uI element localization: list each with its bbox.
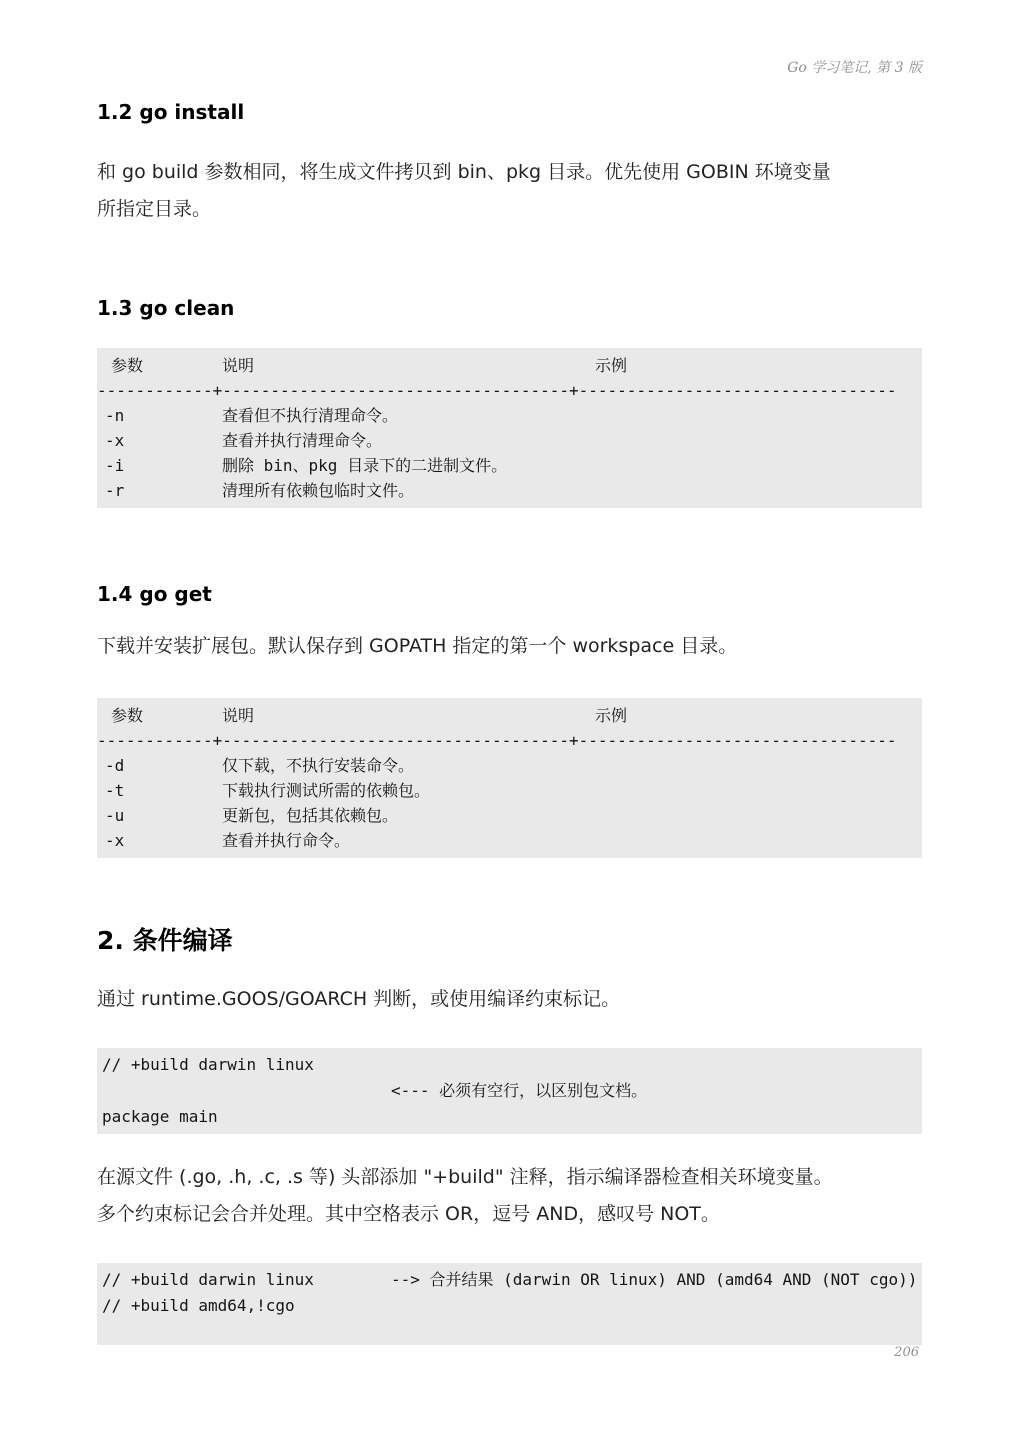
desc-cell: 清理所有依赖包临时文件。 (222, 478, 414, 503)
column-header-desc: 说明 (222, 703, 254, 728)
table-separator: ------------+---------------------------… (97, 378, 922, 403)
paragraph-conditional-compile: 通过 runtime.GOOS/GOARCH 判断，或使用编译约束标记。 (97, 981, 929, 1018)
section-title-conditional-compile: 2. 条件编译 (97, 926, 233, 956)
table-row: -x 查看并执行命令。 (97, 828, 922, 853)
paragraph-go-install: 和 go build 参数相同，将生成文件拷贝到 bin、pkg 目录。优先使用… (97, 154, 929, 228)
param-table-go-get: 参数 说明 示例 ------------+------------------… (97, 698, 922, 858)
table-row: -i 删除 bin、pkg 目录下的二进制文件。 (97, 453, 922, 478)
code-block-build-tag: // +build darwin linux <--- 必须有空行，以区别包文档… (97, 1048, 922, 1134)
param-cell: -r (105, 478, 124, 503)
param-cell: -u (105, 803, 124, 828)
section-title-go-clean: 1.3 go clean (97, 296, 234, 321)
param-cell: -d (105, 753, 124, 778)
param-table-go-clean: 参数 说明 示例 ------------+------------------… (97, 348, 922, 508)
param-cell: -x (105, 828, 124, 853)
desc-cell: 下载执行测试所需的依赖包。 (222, 778, 430, 803)
column-header-desc: 说明 (222, 353, 254, 378)
table-row: -u 更新包，包括其依赖包。 (97, 803, 922, 828)
section-title-go-install: 1.2 go install (97, 100, 244, 125)
desc-cell: 查看并执行命令。 (222, 828, 350, 853)
param-cell: -i (105, 453, 124, 478)
param-cell: -n (105, 403, 124, 428)
column-header-param: 参数 (111, 353, 143, 378)
table-row: -d 仅下载，不执行安装命令。 (97, 753, 922, 778)
desc-cell: 删除 bin、pkg 目录下的二进制文件。 (222, 453, 507, 478)
table-row: -t 下载执行测试所需的依赖包。 (97, 778, 922, 803)
paragraph-go-get: 下载并安装扩展包。默认保存到 GOPATH 指定的第一个 workspace 目… (97, 628, 929, 665)
table-header-row: 参数 说明 示例 (97, 703, 922, 728)
desc-cell: 查看但不执行清理命令。 (222, 403, 398, 428)
running-header: Go 学习笔记, 第 3 版 (787, 58, 922, 78)
desc-cell: 仅下载，不执行安装命令。 (222, 753, 414, 778)
page-number: 206 (894, 1344, 919, 1362)
code-block-build-combine: // +build darwin linux --> 合并结果 (darwin … (97, 1263, 922, 1345)
section-title-go-get: 1.4 go get (97, 582, 212, 607)
table-row: -n 查看但不执行清理命令。 (97, 403, 922, 428)
paragraph-build-constraints: 在源文件 (.go, .h, .c, .s 等) 头部添加 "+build" 注… (97, 1159, 929, 1233)
column-header-example: 示例 (595, 703, 627, 728)
table-header-row: 参数 说明 示例 (97, 353, 922, 378)
param-cell: -t (105, 778, 124, 803)
param-cell: -x (105, 428, 124, 453)
column-header-param: 参数 (111, 703, 143, 728)
table-separator: ------------+---------------------------… (97, 728, 922, 753)
desc-cell: 更新包，包括其依赖包。 (222, 803, 398, 828)
document-page: Go 学习笔记, 第 3 版 1.2 go install 和 go build… (0, 0, 1018, 1440)
column-header-example: 示例 (595, 353, 627, 378)
desc-cell: 查看并执行清理命令。 (222, 428, 382, 453)
table-row: -r 清理所有依赖包临时文件。 (97, 478, 922, 503)
table-row: -x 查看并执行清理命令。 (97, 428, 922, 453)
